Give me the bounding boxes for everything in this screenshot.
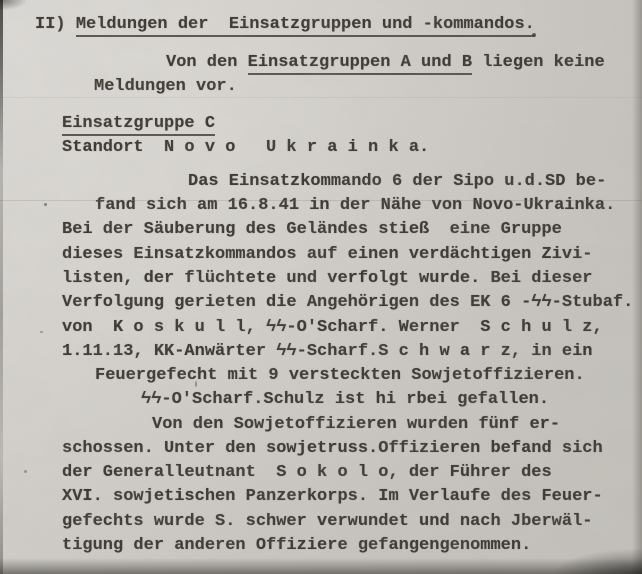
- scan-speck: [44, 203, 47, 206]
- standort-line: Standort N o v o U k r a i n k a.: [62, 138, 429, 158]
- body-line: schossen. Unter den sowjetruss.Offiziere…: [62, 439, 603, 459]
- text-run: listen, der flüchtete und verfolgt wurde…: [62, 269, 593, 288]
- body-line: dieses Einsatzkommandos auf einen verdäc…: [62, 245, 593, 265]
- text-run: ϟϟ-O'Scharf.Schulz ist hi rbei gefallen.: [141, 390, 549, 409]
- body-line: gefechts wurde S. schwer verwundet und n…: [62, 512, 593, 532]
- body-line: XVI. sowjetischen Panzerkorps. Im Verlau…: [62, 487, 603, 507]
- scan-line-artifact: [0, 200, 642, 201]
- body-line: Bei der Säuberung des Geländes stieß ein…: [62, 220, 562, 240]
- body-line: der Generalleutnant S o k o l o, der Füh…: [62, 463, 552, 483]
- text-run: gefechts wurde S. schwer verwundet und n…: [62, 512, 593, 531]
- text-run: Das Einsatzkommando 6 der Sipo u.d.SD be…: [188, 172, 606, 191]
- body-line: von K o s k u l l, ϟϟ-O'Scharf. Werner S…: [62, 318, 603, 338]
- text-run: der Generalleutnant S o k o l o, der Füh…: [62, 463, 552, 482]
- scan-line-artifact: [0, 97, 642, 98]
- scanned-document-page: II) Meldungen der Einsatzgruppen und -ko…: [0, 0, 642, 574]
- scan-speck: [40, 331, 43, 333]
- text-run: Verfolgung gerieten die Angehörigen des …: [62, 293, 633, 312]
- text-run: schossen. Unter den sowjetruss.Offiziere…: [62, 439, 603, 458]
- scan-speck: [532, 33, 536, 37]
- scan-speck: [24, 470, 27, 473]
- body-line: tigung der anderen Offiziere gefangengen…: [62, 536, 531, 556]
- body-line: 1.11.13, KK-Anwärter ϟϟ-Scharf.S c h w a…: [62, 342, 593, 362]
- body-line: Verfolgung gerieten die Angehörigen des …: [62, 293, 633, 313]
- text-run: liegen keine: [472, 53, 605, 72]
- text-run: dieses Einsatzkommandos auf einen verdäc…: [62, 245, 593, 264]
- body-line: Das Einsatzkommando 6 der Sipo u.d.SD be…: [188, 172, 606, 192]
- body-line: Feuergefecht mit 9 versteckten Sowjetoff…: [95, 366, 585, 386]
- einsatzgruppe-c-heading: Einsatzgruppe C: [62, 114, 215, 134]
- scan-corner-shadow: [0, 0, 26, 10]
- body-line: Von den Sowjetoffizieren wurden fünf er-: [152, 415, 560, 435]
- text-run: Standort N o v o U k r a i n k a.: [62, 138, 429, 157]
- text-run: II): [35, 15, 76, 34]
- text-run: Von den: [166, 53, 248, 72]
- text-run: 1.11.13, KK-Anwärter ϟϟ-Scharf.S c h w a…: [62, 342, 593, 361]
- section-heading: II) Meldungen der Einsatzgruppen und -ko…: [35, 15, 535, 35]
- text-run: Von den Sowjetoffizieren wurden fünf er-: [152, 415, 560, 434]
- text-run: XVI. sowjetischen Panzerkorps. Im Verlau…: [62, 487, 603, 506]
- scan-edge-right: [632, 0, 642, 574]
- body-line: listen, der flüchtete und verfolgt wurde…: [62, 269, 593, 289]
- text-run: Meldungen vor.: [94, 77, 237, 96]
- text-run: von K o s k u l l, ϟϟ-O'Scharf. Werner S…: [62, 318, 603, 337]
- text-run: Bei der Säuberung des Geländes stieß ein…: [62, 220, 562, 239]
- underlined-text: Einsatzgruppe C: [62, 114, 215, 136]
- underlined-text: Meldungen der Einsatzgruppen und -komman…: [76, 15, 535, 37]
- scan-edge-bottom: [0, 558, 642, 574]
- intro-line: Von den Einsatzgruppen A und B liegen ke…: [166, 53, 605, 73]
- underlined-text: Einsatzgruppen A und B: [248, 53, 472, 75]
- document-text-layer: II) Meldungen der Einsatzgruppen und -ko…: [0, 0, 642, 574]
- body-line: ϟϟ-O'Scharf.Schulz ist hi rbei gefallen.: [141, 390, 549, 410]
- text-run: Feuergefecht mit 9 versteckten Sowjetoff…: [95, 366, 585, 385]
- scan-edge-left: [0, 0, 3, 574]
- scan-speck: [195, 381, 197, 387]
- intro-line: Meldungen vor.: [94, 77, 237, 97]
- scan-corner-shadow: [552, 548, 642, 574]
- text-run: tigung der anderen Offiziere gefangengen…: [62, 536, 531, 555]
- text-run: fand sich am 16.8.41 in der Nähe von Nov…: [95, 196, 615, 215]
